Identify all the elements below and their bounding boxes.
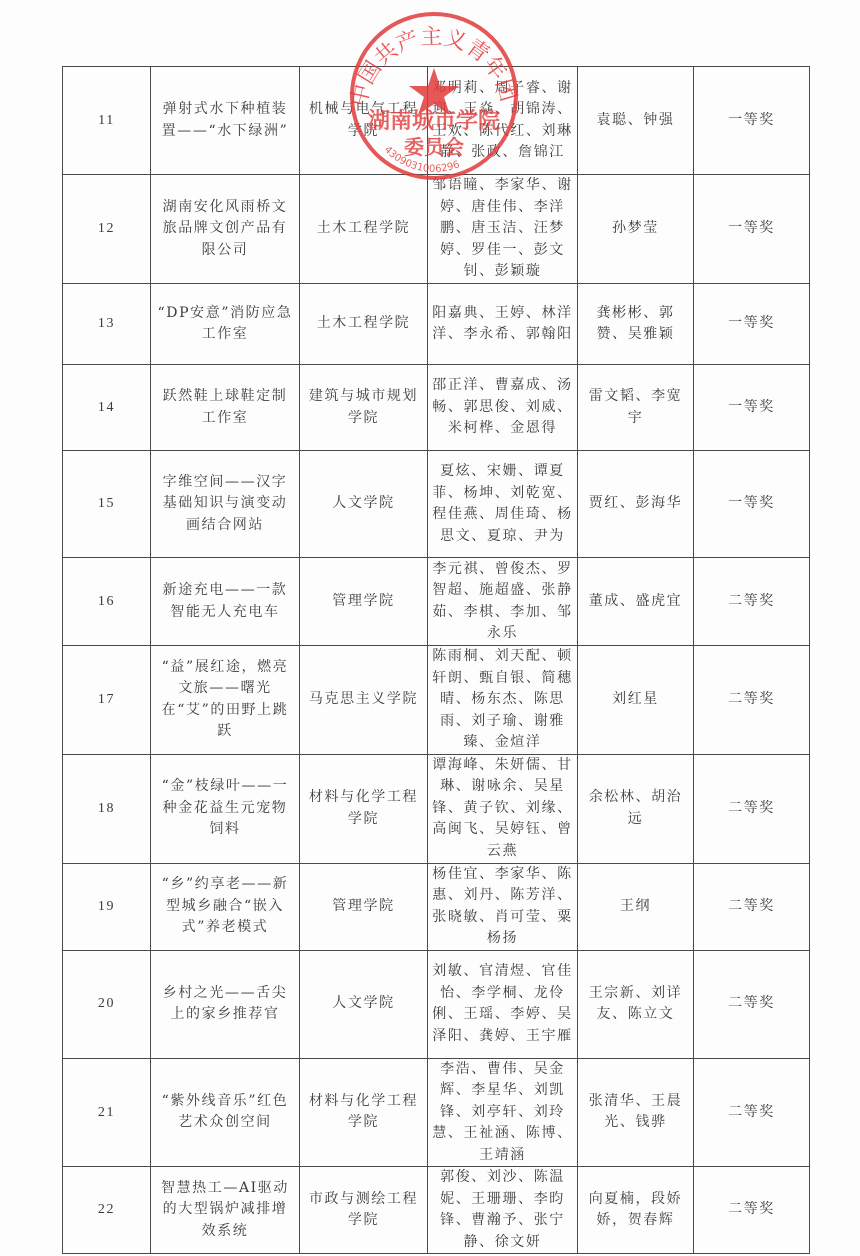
project-name: 字维空间——汉字基础知识与演变动画结合网站	[151, 451, 300, 558]
row-number: 20	[63, 950, 151, 1058]
award-level: 一等奖	[694, 451, 810, 558]
advisor-names: 余松林、胡治远	[578, 754, 694, 863]
table-row: 17 “益”展红途，燃亮文旅——曙光在“艾”的田野上跳跃 马克思主义学院 陈雨桐…	[63, 646, 810, 755]
row-number: 16	[63, 558, 151, 646]
advisor-names: 贾红、彭海华	[578, 451, 694, 558]
award-level: 一等奖	[694, 284, 810, 365]
award-level: 二等奖	[694, 558, 810, 646]
row-number: 19	[63, 863, 151, 950]
award-level: 一等奖	[694, 175, 810, 284]
awards-table-body: 11 弹射式水下种植装置——“水下绿洲” 机械与电气工程学院 邓明莉、周子睿、谢…	[63, 67, 810, 1254]
school-name: 材料与化学工程学院	[300, 1058, 428, 1167]
project-name: 乡村之光——舌尖上的家乡推荐官	[151, 950, 300, 1058]
project-name: “乡”约享老——新型城乡融合“嵌入式”养老模式	[151, 863, 300, 950]
award-level: 二等奖	[694, 754, 810, 863]
advisor-names: 袁聪、钟强	[578, 67, 694, 175]
advisor-names: 向夏楠，段娇娇，贺春辉	[578, 1167, 694, 1254]
project-name: 弹射式水下种植装置——“水下绿洲”	[151, 67, 300, 175]
table-row: 15 字维空间——汉字基础知识与演变动画结合网站 人文学院 夏炫、宋姗、谭夏菲、…	[63, 451, 810, 558]
table-row: 11 弹射式水下种植装置——“水下绿洲” 机械与电气工程学院 邓明莉、周子睿、谢…	[63, 67, 810, 175]
team-members: 夏炫、宋姗、谭夏菲、杨坤、刘乾宽、程佳燕、周佳琦、杨思文、夏琼、尹为	[428, 451, 578, 558]
table-row: 21 “紫外线音乐”红色艺术众创空间 材料与化学工程学院 李浩、曹伟、吴金辉、李…	[63, 1058, 810, 1167]
table-row: 14 跃然鞋上球鞋定制工作室 建筑与城市规划学院 邵正洋、曹嘉成、汤畅、郭思俊、…	[63, 365, 810, 451]
table-row: 12 湖南安化风雨桥文旅品牌文创产品有限公司 土木工程学院 邹语瞳、李家华、谢婷…	[63, 175, 810, 284]
project-name: 智慧热工—AI驱动的大型锅炉减排增效系统	[151, 1167, 300, 1254]
table-row: 20 乡村之光——舌尖上的家乡推荐官 人文学院 刘敏、官清煜、官佳怡、李学桐、龙…	[63, 950, 810, 1058]
advisor-names: 雷文韬、李宽宇	[578, 365, 694, 451]
school-name: 管理学院	[300, 863, 428, 950]
row-number: 22	[63, 1167, 151, 1254]
row-number: 17	[63, 646, 151, 755]
team-members: 陈雨桐、刘天配、顿轩朗、甄自银、简穗晴、杨东杰、陈思雨、刘子瑜、谢雅臻、金煊洋	[428, 646, 578, 755]
table-row: 13 “DP安意”消防应急工作室 土木工程学院 阳嘉典、王婷、林洋洋、李永希、郭…	[63, 284, 810, 365]
school-name: 马克思主义学院	[300, 646, 428, 755]
school-name: 建筑与城市规划学院	[300, 365, 428, 451]
table-row: 22 智慧热工—AI驱动的大型锅炉减排增效系统 市政与测绘工程学院 郭俊、刘沙、…	[63, 1167, 810, 1254]
team-members: 阳嘉典、王婷、林洋洋、李永希、郭翰阳	[428, 284, 578, 365]
row-number: 15	[63, 451, 151, 558]
award-level: 二等奖	[694, 1058, 810, 1167]
advisor-names: 董成、盛虎宜	[578, 558, 694, 646]
advisor-names: 王纲	[578, 863, 694, 950]
advisor-names: 王宗新、刘详友、陈立文	[578, 950, 694, 1058]
project-name: “紫外线音乐”红色艺术众创空间	[151, 1058, 300, 1167]
school-name: 材料与化学工程学院	[300, 754, 428, 863]
row-number: 18	[63, 754, 151, 863]
team-members: 李元祺、曾俊杰、罗智超、施超盛、张静茹、李棋、李加、邹永乐	[428, 558, 578, 646]
table-row: 18 “金”枝绿叶——一种金花益生元宠物饲料 材料与化学工程学院 谭海峰、朱妍儒…	[63, 754, 810, 863]
project-name: “益”展红途，燃亮文旅——曙光在“艾”的田野上跳跃	[151, 646, 300, 755]
school-name: 土木工程学院	[300, 284, 428, 365]
row-number: 12	[63, 175, 151, 284]
document-page: 11 弹射式水下种植装置——“水下绿洲” 机械与电气工程学院 邓明莉、周子睿、谢…	[0, 0, 860, 1256]
table-row: 19 “乡”约享老——新型城乡融合“嵌入式”养老模式 管理学院 杨佳宜、李家华、…	[63, 863, 810, 950]
award-level: 二等奖	[694, 646, 810, 755]
advisor-names: 刘红星	[578, 646, 694, 755]
award-level: 二等奖	[694, 1167, 810, 1254]
project-name: “金”枝绿叶——一种金花益生元宠物饲料	[151, 754, 300, 863]
project-name: 新途充电——一款智能无人充电车	[151, 558, 300, 646]
team-members: 邓明莉、周子睿、谢迎、王焱、胡锦涛、王欢、陈代红、刘琳静、张政、詹锦江	[428, 67, 578, 175]
school-name: 人文学院	[300, 950, 428, 1058]
school-name: 土木工程学院	[300, 175, 428, 284]
advisor-names: 孙梦莹	[578, 175, 694, 284]
team-members: 邹语瞳、李家华、谢婷、唐佳伟、李洋鹏、唐玉洁、汪梦婷、罗佳一、彭文钊、彭颖璇	[428, 175, 578, 284]
row-number: 21	[63, 1058, 151, 1167]
team-members: 杨佳宜、李家华、陈惠、刘丹、陈芳洋、张晓敏、肖可莹、粟杨扬	[428, 863, 578, 950]
award-level: 一等奖	[694, 67, 810, 175]
team-members: 李浩、曹伟、吴金辉、李星华、刘凯锋、刘亭轩、刘玲慧、王祉涵、陈博、王靖涵	[428, 1058, 578, 1167]
awards-table: 11 弹射式水下种植装置——“水下绿洲” 机械与电气工程学院 邓明莉、周子睿、谢…	[62, 66, 810, 1254]
row-number: 13	[63, 284, 151, 365]
team-members: 刘敏、官清煜、官佳怡、李学桐、龙伶俐、王瑶、李婷、吴泽阳、龚婷、王宇雁	[428, 950, 578, 1058]
project-name: 跃然鞋上球鞋定制工作室	[151, 365, 300, 451]
team-members: 谭海峰、朱妍儒、甘琳、谢咏余、吴星锋、黄子钦、刘缘、高闽飞、吴婷钰、曾云燕	[428, 754, 578, 863]
award-level: 一等奖	[694, 365, 810, 451]
project-name: 湖南安化风雨桥文旅品牌文创产品有限公司	[151, 175, 300, 284]
row-number: 11	[63, 67, 151, 175]
table-row: 16 新途充电——一款智能无人充电车 管理学院 李元祺、曾俊杰、罗智超、施超盛、…	[63, 558, 810, 646]
advisor-names: 龚彬彬、郭赞、吴雅颖	[578, 284, 694, 365]
team-members: 郭俊、刘沙、陈温妮、王珊珊、李昀锋、曹瀚予、张宁静、徐文妍	[428, 1167, 578, 1254]
school-name: 市政与测绘工程学院	[300, 1167, 428, 1254]
school-name: 管理学院	[300, 558, 428, 646]
school-name: 人文学院	[300, 451, 428, 558]
project-name: “DP安意”消防应急工作室	[151, 284, 300, 365]
award-level: 二等奖	[694, 863, 810, 950]
row-number: 14	[63, 365, 151, 451]
team-members: 邵正洋、曹嘉成、汤畅、郭思俊、刘威、米柯桦、金恩得	[428, 365, 578, 451]
award-level: 二等奖	[694, 950, 810, 1058]
school-name: 机械与电气工程学院	[300, 67, 428, 175]
advisor-names: 张清华、王晨光、钱骅	[578, 1058, 694, 1167]
